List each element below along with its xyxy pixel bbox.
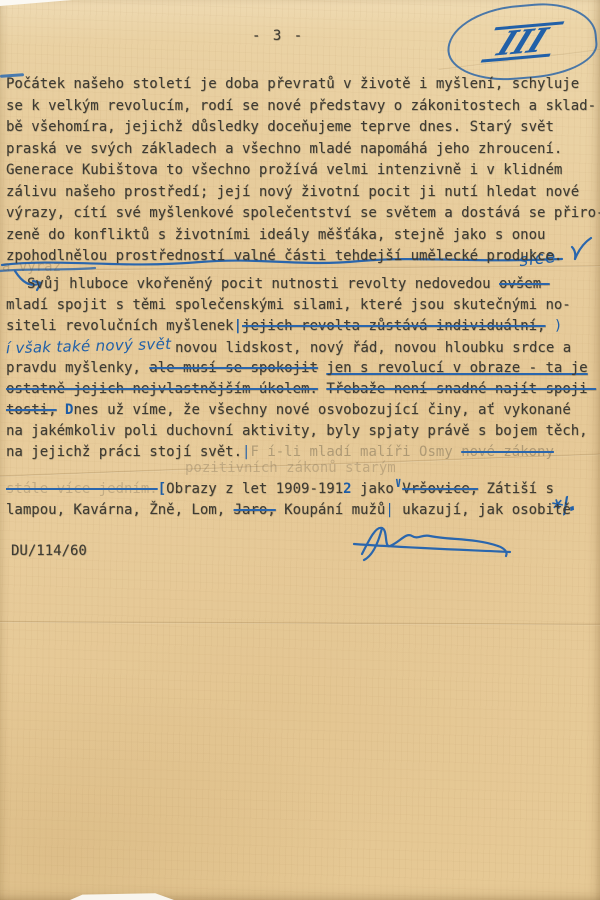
typed-text: stále více jedním. (6, 481, 158, 497)
typed-text: novou lidskost, nový řád, novou hloubku … (175, 340, 571, 356)
typed-text: tosti, (6, 402, 57, 418)
typed-text: Obrazy z let 1909-191 (166, 481, 343, 497)
typed-line: se k velkým revolucím, rodí se nové před… (6, 96, 600, 118)
typed-line: praská ve svých základech a všechno mlad… (6, 139, 600, 161)
handwritten-mark: ∨ (395, 473, 402, 494)
typed-text: zeně do konfliktů s životními ideály měš… (6, 227, 545, 243)
typed-text: Vršovice, (402, 481, 478, 497)
typed-text: na jakémkoliv poli duchovní aktivity, by… (6, 423, 588, 439)
typed-line: stále více jedním.[Obrazy z let 1909-191… (6, 479, 600, 500)
roman-numeral-text: III (480, 21, 564, 62)
typed-line: siteli revolučních myšlenek|jejich revol… (6, 316, 600, 337)
typed-text: ostatně jejich nejvlastnějším úkolem. (6, 381, 318, 397)
handwritten-mark: í však také nový svět (6, 334, 175, 359)
ghost-lines: pozitivních zákonů starýmstále více jedn… (6, 458, 600, 521)
typed-text (57, 402, 65, 418)
typed-line: bě všehomíra, jejichž důsledky doceňujem… (6, 117, 600, 139)
typed-text: praská ve svých základech a všechno mlad… (6, 141, 562, 157)
page-number: - 3 - (252, 28, 342, 44)
typed-text: lampou, Kavárna, Žně, Lom, (6, 502, 234, 518)
typed-text: Koupání mužů (276, 502, 386, 518)
typed-line: Generace Kubištova to všechno prožívá ve… (6, 160, 600, 182)
typed-line: Svůj hluboce vkořeněný pocit nutnosti re… (6, 274, 600, 295)
typed-line: na jakémkoliv poli duchovní aktivity, by… (6, 421, 600, 442)
typed-line: í však také nový světnovou lidskost, nov… (6, 337, 600, 358)
typed-text: bě všehomíra, jejichž důsledky doceňujem… (6, 119, 554, 135)
typed-text: Třebaže není snadné najít spoji- (326, 381, 596, 397)
typed-line: výrazy, cítí své myšlenkové společentstv… (6, 203, 600, 225)
typed-text: Svůj hluboce vkořeněný pocit nutnosti re… (27, 276, 499, 292)
typed-text: jejich revolta zůstává individuální, (242, 318, 545, 334)
typed-text: jako (352, 481, 394, 497)
typed-text: Jaro, (234, 502, 276, 518)
typed-text: nes už víme, že všechny nové osvobozujíc… (73, 402, 570, 418)
typed-line: lampou, Kavárna, Žně, Lom, Jaro, Koupání… (6, 500, 600, 521)
typed-text: zálivu našeho prostředí; její nový život… (6, 184, 579, 200)
typed-text: siteli revolučních myšlenek (6, 318, 234, 334)
typed-line: zeně do konfliktů s životními ideály měš… (6, 225, 600, 247)
handwritten-mark: | (385, 502, 393, 518)
typed-text: mladí spojit s těmi společenskými silami… (6, 297, 571, 313)
typed-text: ovšem- (499, 276, 550, 292)
handwritten-mark: 2 (343, 481, 351, 497)
typed-text: pozitivních zákonů starým (185, 460, 396, 476)
reference-number: DU/114/60 (11, 541, 600, 561)
typed-text: Zátiší s (478, 481, 554, 497)
handwritten-mark: | (234, 318, 242, 334)
typed-text: ale musí se spokojit (149, 360, 318, 376)
typed-line: pozitivních zákonů starým (6, 458, 600, 479)
paragraph-2: Svůj hluboce vkořeněný pocit nutnosti re… (6, 274, 600, 463)
typed-line: tosti, Dnes už víme, že všechny nové osv… (6, 400, 600, 421)
paragraph-1: Počátek našeho století je doba převratů … (6, 74, 600, 268)
typed-text: ukazují, jak osobitě (394, 502, 571, 518)
typed-line: mladí spojit s těmi společenskými silami… (6, 295, 600, 316)
typed-text: výrazy, cítí své myšlenkové společentstv… (6, 205, 600, 221)
typed-text: se k velkým revolucím, rodí se nové před… (6, 98, 596, 114)
typed-line: DU/114/60 (11, 541, 600, 561)
typed-line: zálivu našeho prostředí; její nový život… (6, 182, 600, 204)
handwritten-mark: [ (158, 481, 166, 497)
handwritten-mark: ) (545, 318, 562, 334)
typed-text: a výraz (2, 259, 61, 275)
scanned-document: - 3 - III sice */. Počátek našeho stolet… (0, 0, 600, 900)
typed-text: DU/114/60 (11, 543, 87, 559)
typed-line: ostatně jejich nejvlastnějším úkolem. Tř… (6, 379, 600, 400)
typed-line: Počátek našeho století je doba převratů … (6, 74, 600, 96)
typed-text: Generace Kubištova to všechno prožívá ve… (6, 162, 562, 178)
typed-text: jen s revolucí v obraze - ta je (326, 360, 587, 376)
typed-text: pravdu myšlenky, (6, 360, 149, 376)
typed-line: pravdu myšlenky, ale musí se spokojit je… (6, 358, 600, 379)
typed-text: Počátek našeho století je doba převratů … (6, 76, 579, 92)
